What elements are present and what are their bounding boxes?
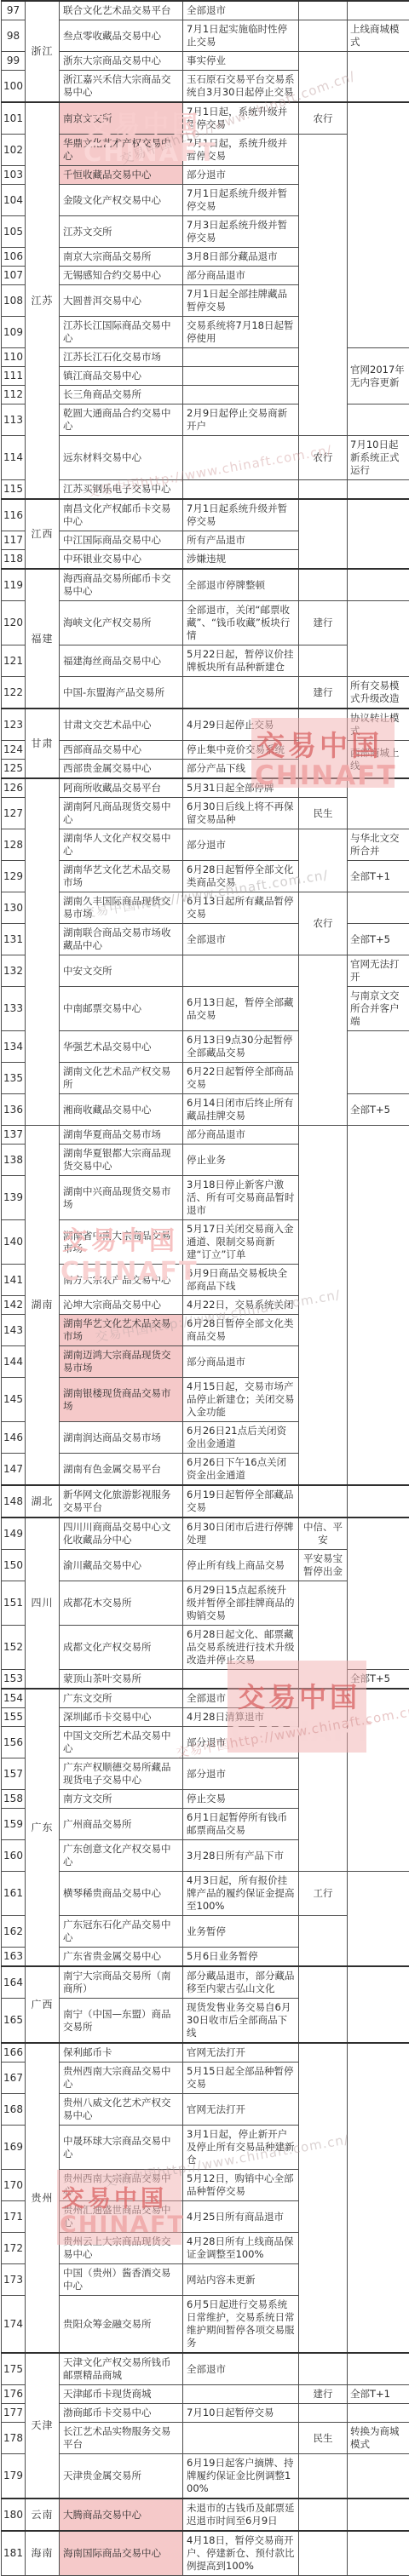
bank-cell: 建行: [299, 2385, 348, 2404]
table-row: 166贵州保利邮币卡官网无法打开: [2, 2043, 409, 2063]
row-number: 111: [2, 367, 26, 386]
status-cell: 现货发售业务交易自6月30日收市后全部商品下线: [183, 1999, 299, 2044]
province-cell: 甘肃: [26, 709, 60, 778]
exchange-name-cell: 湖南省中南大宗商品交易市场: [60, 1220, 183, 1265]
status-cell: 部分藏品退市，部分藏品移至内蒙古弘山文化: [183, 1966, 299, 1999]
exchange-name-cell: 中南邮票交易中心: [60, 987, 183, 1031]
row-number: 164: [2, 1966, 26, 1999]
table-row: 97浙江联合文化艺术品交易平台全部退市: [2, 1, 409, 20]
bank-cell: [299, 1966, 348, 2043]
status-cell: 6月14日闭市后终止所有藏品挂牌交易: [183, 1094, 299, 1126]
row-number: 104: [2, 185, 26, 216]
table-row: 98叁点零收藏品交易中心7月1日起实施临时性停止交易上线商城模式: [2, 20, 409, 52]
table-row: 128湖南华人文化产权交易中心部分退市与华北文交所合并: [2, 829, 409, 861]
exchange-name-cell: 成都文化产权交易所: [60, 1626, 183, 1670]
status-cell: 3月1日起，停止新开户及停止所有交易品种建新仓: [183, 2126, 299, 2170]
row-number: 176: [2, 2385, 26, 2404]
row-number: 106: [2, 248, 26, 267]
bank-cell: 平安易宝暂停出金: [299, 1550, 348, 1581]
table-row: 161横琴稀贵商品交易中心4月3日起，所有报价挂牌产品的履约保证金提高至100%…: [2, 1872, 409, 1916]
bank-cell: [299, 2353, 348, 2385]
exchange-name-cell: 南昌文化产权邮币卡交易中心: [60, 499, 183, 531]
row-number: 154: [2, 1689, 26, 1708]
bank-cell: [299, 480, 348, 500]
status-cell: 5月22日起，暂停议价挂牌板块所有品种新建仓: [183, 645, 299, 677]
status-cell: 4月18日，暂停交易商开户、停建新仓、预付款比例提高到100%: [183, 2531, 299, 2576]
exchange-name-cell: 浙江嘉兴禾信大宗商品交易中心: [60, 71, 183, 103]
row-number: 130: [2, 892, 26, 924]
exchange-name-cell: 海南国际商品交易中心: [60, 2531, 183, 2576]
exchange-name-cell: 镇江商品交易中心: [60, 367, 183, 386]
exchange-name-cell: 福建海丝商品交易中心: [60, 645, 183, 677]
table-row: 116江西南昌文化产权邮币卡交易中心7月1日起系统升级并暂停交易: [2, 499, 409, 531]
exchange-name-cell: 联合文化艺术品交易平台: [60, 1, 183, 20]
status-cell: 4月15日起，交易市场产品停止新建仓；关闭交易入金功能: [183, 1378, 299, 1422]
exchange-name-cell: 贵阳众筹金融交易所: [60, 2296, 183, 2354]
exchange-name-cell: 中安文交所: [60, 955, 183, 987]
row-number: 98: [2, 20, 26, 52]
status-cell: 全部退市: [183, 2353, 299, 2385]
note-cell: [348, 102, 409, 348]
row-number: 120: [2, 601, 26, 645]
note-cell: [348, 2531, 409, 2576]
exchange-name-cell: 江苏长江石化交易市场: [60, 348, 183, 367]
row-number: 142: [2, 1296, 26, 1315]
bank-cell: [299, 2454, 348, 2499]
table-row: 124西部商品交易中心停止集中竞价交易系统西部商城上线: [2, 741, 409, 760]
exchange-name-cell: 海峡文化产权交易所: [60, 601, 183, 645]
status-cell: 部分退市: [183, 166, 299, 185]
table-row: 164广西南宁大宗商品交易所（南商所）部分藏品退市，部分藏品移至内蒙古弘山文化: [2, 1966, 409, 1999]
status-cell: [183, 2423, 299, 2454]
exchange-name-cell: 贵州八威文化艺术产权交易中心: [60, 2094, 183, 2126]
row-number: 138: [2, 1145, 26, 1176]
exchange-name-cell: 湖南文化艺术品产权交易所: [60, 1063, 183, 1094]
row-number: 168: [2, 2094, 26, 2126]
bank-cell: 中信、平安: [299, 1517, 348, 1550]
exchange-name-cell: 大腾商品交易中心: [60, 2499, 183, 2531]
exchange-name-cell: 长三角商品交易所: [60, 386, 183, 404]
status-cell: [183, 436, 299, 480]
row-number: 109: [2, 317, 26, 348]
row-number: 139: [2, 1176, 26, 1220]
row-number: 101: [2, 102, 26, 135]
table-row: 153蒙顶山茶叶交易所全部T+5: [2, 1670, 409, 1690]
exchange-name-cell: 南宁大宗商品交易所（南商所）: [60, 1966, 183, 1999]
exchange-name-cell: 中环银业交易中心: [60, 550, 183, 570]
row-number: 140: [2, 1220, 26, 1265]
row-number: 127: [2, 798, 26, 829]
row-number: 153: [2, 1670, 26, 1690]
status-cell: 6月13日9点30分起暂停全部藏品交易: [183, 1031, 299, 1063]
exchange-name-cell: 乾圆大通商品合约交易中心: [60, 404, 183, 436]
table-row: 179天津贵金属交易所6月19日起客户摘牌、持牌履约保证金比例调整100%: [2, 2454, 409, 2499]
exchange-name-cell: 湖南银楼现货商品交易市场: [60, 1378, 183, 1422]
row-number: 162: [2, 1916, 26, 1948]
row-number: 170: [2, 2170, 26, 2201]
bank-cell: [299, 645, 348, 677]
note-cell: [348, 778, 409, 829]
exchange-name-cell: 金陵文化产权交易中心: [60, 185, 183, 216]
exchange-name-cell: 贵州云上大宗商品现货交易中心: [60, 2233, 183, 2264]
table-row: 120海峡文化产权交易所全部退市，关闭“邮票收藏”、“钱币收藏”板块行情建行: [2, 601, 409, 645]
row-number: 174: [2, 2296, 26, 2354]
status-cell: 全部退市，关闭“邮票收藏”、“钱币收藏”板块行情: [183, 601, 299, 645]
row-number: 144: [2, 1346, 26, 1378]
status-cell: 涉嫌违规: [183, 550, 299, 570]
row-number: 129: [2, 861, 26, 892]
exchange-name-cell: 湖南迈鸿大宗商品现货交易市场: [60, 1346, 183, 1378]
table-row: 129湖南华艺文化艺术品交易市场6月28日起暂停全部文化类商品交易全部T+1: [2, 861, 409, 892]
status-cell: 4月22日，交易系统关闭: [183, 1296, 299, 1315]
status-cell: 6月13日起，暂停全部藏品交易: [183, 987, 299, 1031]
exchange-name-cell: 广东产权顺德交易所藏品现货电子交易中心: [60, 1758, 183, 1790]
status-cell: 6月28日起暂停全部文化类商品交易: [183, 861, 299, 892]
exchange-name-cell: 新华网文化旅游影视服务交易平台: [60, 1485, 183, 1517]
province-cell: 云南: [26, 2499, 60, 2531]
status-cell: [183, 1670, 299, 1690]
row-number: 158: [2, 1790, 26, 1809]
status-cell: 交易系统将7月18日起暂停使用: [183, 317, 299, 348]
row-number: 147: [2, 1454, 26, 1486]
row-number: 133: [2, 987, 26, 1031]
status-cell: 4月3日起，所有报价挂牌产品的履约保证金提高至100%: [183, 1872, 299, 1916]
exchange-name-cell: 海西商品交易所邮币卡交易中心: [60, 569, 183, 601]
exchange-name-cell: 保利邮币卡: [60, 2043, 183, 2063]
status-cell: 未退市的古钱币及邮票延迟退市时间至6月9日: [183, 2499, 299, 2531]
status-cell: 业务暂停: [183, 1916, 299, 1948]
row-number: 149: [2, 1517, 26, 1550]
note-cell: 全部T+5: [348, 924, 409, 955]
exchange-name-cell: 广州商品交易所: [60, 1809, 183, 1840]
province-cell: 海南: [26, 2531, 60, 2576]
note-cell: [348, 2404, 409, 2423]
bank-cell: 民生: [299, 2423, 348, 2454]
table-row: 101江苏南京文交所7月1日起，系统升级并暂停交易农行: [2, 102, 409, 135]
exchange-name-cell: 湖南中兴商品现货交易市场: [60, 1176, 183, 1220]
row-number: 112: [2, 386, 26, 404]
bank-cell: [299, 2043, 348, 2353]
exchange-name-cell: 天津文化产权交易所钱币邮票精品商城: [60, 2353, 183, 2385]
row-number: 116: [2, 499, 26, 531]
row-number: 181: [2, 2531, 26, 2576]
status-cell: 官网无法打开: [183, 2043, 299, 2063]
bank-cell: [299, 2531, 348, 2576]
note-cell: 西部商城上线: [348, 741, 409, 779]
bank-cell: [299, 20, 348, 52]
row-number: 135: [2, 1063, 26, 1094]
bank-cell: [299, 709, 348, 778]
province-cell: 江苏: [26, 102, 60, 499]
exchange-name-cell: 湖南华夏商品交易市场: [60, 1126, 183, 1145]
status-cell: 5月15日起全部品种暂停交易: [183, 2063, 299, 2094]
exchange-name-cell: 天津邮币卡现货商城: [60, 2385, 183, 2404]
status-cell: 7月10日起暂停交易: [183, 2404, 299, 2423]
note-cell: [348, 2043, 409, 2353]
status-cell: 7月1日起系统升级并暂停交易: [183, 185, 299, 216]
status-cell: [183, 367, 299, 386]
exchange-table-body: 97浙江联合文化艺术品交易平台全部退市98叁点零收藏品交易中心7月1日起实施临时…: [2, 1, 409, 2576]
bank-cell: [299, 1689, 348, 1872]
status-cell: [183, 348, 299, 367]
status-cell: 6月22日起暂停全部商品交易: [183, 1063, 299, 1094]
status-cell: 6月26日21点后关闭资金出金通道: [183, 1422, 299, 1454]
exchange-name-cell: 湖南久丰国际商品现货交易市场: [60, 892, 183, 924]
exchange-name-cell: 沁坤大宗商品交易中心: [60, 1296, 183, 1315]
exchange-name-cell: 广东创意文化产权交易中心: [60, 1840, 183, 1872]
row-number: 180: [2, 2499, 26, 2531]
exchange-name-cell: 华强艺术品交易中心: [60, 1031, 183, 1063]
note-cell: 协议转让模式: [348, 709, 409, 741]
province-cell: 四川: [26, 1517, 60, 1689]
status-cell: 6月29日15点起系统升级并暂停全部挂牌商品的购销交易: [183, 1581, 299, 1626]
row-number: 179: [2, 2454, 26, 2499]
status-cell: 6月19日起客户摘牌、持牌履约保证金比例调整100%: [183, 2454, 299, 2499]
row-number: 178: [2, 2423, 26, 2454]
status-cell: 事实停业: [183, 52, 299, 71]
bank-cell: 工行: [299, 1872, 348, 1916]
row-number: 167: [2, 2063, 26, 2094]
bank-cell: 农行: [299, 102, 348, 135]
bank-cell: [299, 829, 348, 892]
bank-cell: [299, 955, 348, 1126]
status-cell: 6月28日起文化、邮票藏品交易系统进行技术升级改造并停止交易: [183, 1626, 299, 1670]
status-cell: 3月28日所有产品下市: [183, 1840, 299, 1872]
exchange-name-cell: 华鼎文化艺术产权交易中心: [60, 135, 183, 166]
exchange-name-cell: 广东冠东石化产品交易中心: [60, 1916, 183, 1948]
note-cell: [348, 1485, 409, 1517]
status-cell: 2月9日起停止交易商新开户: [183, 404, 299, 436]
exchange-name-cell: 千恒收藏品交易中心: [60, 166, 183, 185]
status-cell: 6月1日起暂停所有钱币邮票商品交易: [183, 1809, 299, 1840]
exchange-name-cell: 南宁（中国—东盟）商品交易所: [60, 1999, 183, 2044]
bank-cell: [299, 569, 348, 601]
status-cell: 4月29日起停止交易: [183, 709, 299, 741]
bank-cell: [299, 52, 348, 103]
table-row: 130湖南久丰国际商品现货交易市场6月13日起所有藏品暂停交易农行: [2, 892, 409, 924]
province-cell: 湖南: [26, 1126, 60, 1486]
province-cell: 浙江: [26, 1, 60, 102]
status-cell: 部分退市: [183, 1727, 299, 1758]
row-number: 99: [2, 52, 26, 71]
exchange-name-cell: 中国-东盟海产品交易所: [60, 677, 183, 709]
row-number: 125: [2, 760, 26, 779]
exchange-name-cell: 湖南有色金属交易平台: [60, 1454, 183, 1486]
row-number: 137: [2, 1126, 26, 1145]
row-number: 166: [2, 2043, 26, 2063]
status-cell: 玉石原石交易平台交易系统自3月30日起停止交易: [183, 71, 299, 103]
note-cell: [348, 569, 409, 601]
exchange-name-cell: 湖南华艺文化艺术品交易市场: [60, 861, 183, 892]
status-cell: 4月28日清算退市: [183, 1708, 299, 1727]
note-cell: [348, 1126, 409, 1486]
exchange-name-cell: 贵州西南大宗商品交易中心: [60, 2170, 183, 2201]
status-cell: 4月28日所有上线商品保证金调整至100%: [183, 2233, 299, 2264]
table-row: 126阿商所收藏品交易平台5月31日起全部停牌: [2, 778, 409, 798]
table-row: 177渤商邮币卡交易中心7月10日起暂停交易: [2, 2404, 409, 2423]
bank-cell: [299, 1581, 348, 1690]
status-cell: 停止集中竞价交易系统: [183, 741, 299, 760]
bank-cell: [299, 1916, 348, 1967]
status-cell: 3月8日部分藏品退市: [183, 248, 299, 267]
note-cell: [348, 1031, 409, 1094]
status-cell: 3月18日停止新客户激活、所有可交易商品暂时退市: [183, 1176, 299, 1220]
exchange-name-cell: 四川川商商品交易中心文化收藏品分中心: [60, 1517, 183, 1550]
row-number: 115: [2, 480, 26, 500]
row-number: 177: [2, 2404, 26, 2423]
row-number: 131: [2, 924, 26, 955]
table-row: 149四川四川川商商品交易中心文化收藏品分中心6月30日闭市后进行停牌处理中信、…: [2, 1517, 409, 1550]
exchange-name-cell: 深圳邮币卡交易中心: [60, 1708, 183, 1727]
exchange-name-cell: 贵州西南大宗商品交易中心: [60, 2063, 183, 2094]
exchange-name-cell: 湖南联合商品交易市场收藏品中心: [60, 924, 183, 955]
note-cell: [348, 499, 409, 569]
note-cell: [348, 480, 409, 500]
row-number: 124: [2, 741, 26, 760]
row-number: 122: [2, 677, 26, 709]
exchange-name-cell: 湘商收藏品交易中心: [60, 1094, 183, 1126]
table-row: 119福建海西商品交易所邮币卡交易中心全部退市停牌整顿: [2, 569, 409, 601]
row-number: 160: [2, 1840, 26, 1872]
status-cell: 所有产品退市: [183, 531, 299, 550]
row-number: 141: [2, 1265, 26, 1296]
exchange-name-cell: 中国（贵州）酱香酒交易中心: [60, 2264, 183, 2296]
note-cell: 全部T+1: [348, 861, 409, 892]
exchange-name-cell: 中国文交所艺术品交易中心: [60, 1727, 183, 1758]
note-cell: [348, 1, 409, 20]
bank-cell: [299, 499, 348, 569]
exchange-name-cell: 广东文交所: [60, 1689, 183, 1708]
exchange-name-cell: 江苏长江国际商品交易中心: [60, 317, 183, 348]
bank-cell: [299, 2499, 348, 2531]
status-cell: [183, 2385, 299, 2404]
row-number: 175: [2, 2353, 26, 2385]
status-cell: 部分商品退市: [183, 1126, 299, 1145]
exchange-name-cell: 蒙顶山茶叶交易所: [60, 1670, 183, 1690]
exchange-name-cell: 浙东大宗商品交易中心: [60, 52, 183, 71]
status-cell: 官网无法打开: [183, 2094, 299, 2126]
table-row: 175天津天津文化产权交易所钱币邮票精品商城全部退市: [2, 2353, 409, 2385]
bank-cell: 建行: [299, 601, 348, 645]
table-row: 113乾圆大通商品合约交易中心2月9日起停止交易商新开户: [2, 404, 409, 436]
note-cell: 7月10日起新系统正式运行: [348, 436, 409, 480]
row-number: 136: [2, 1094, 26, 1126]
status-cell: [183, 955, 299, 987]
exchange-table: 97浙江联合文化艺术品交易平台全部退市98叁点零收藏品交易中心7月1日起实施临时…: [1, 0, 409, 2576]
province-cell: 广东: [26, 1689, 60, 1966]
row-number: 165: [2, 1999, 26, 2044]
row-number: 103: [2, 166, 26, 185]
note-cell: 转换为商城模式: [348, 2423, 409, 2454]
status-cell: 7月1日起全部挂牌藏品暂停交易: [183, 285, 299, 317]
table-row: 180云南大腾商品交易中心未退市的古钱币及邮票延迟退市时间至6月9日: [2, 2499, 409, 2531]
exchange-name-cell: 西部商品交易中心: [60, 741, 183, 760]
row-number: 97: [2, 1, 26, 20]
exchange-name-cell: 天津贵金属交易所: [60, 2454, 183, 2499]
status-cell: 停止交易: [183, 1790, 299, 1809]
note-cell: [348, 1689, 409, 1872]
province-cell: 福建: [26, 569, 60, 709]
status-cell: [183, 480, 299, 500]
exchange-name-cell: 甘肃文交艺术品中心: [60, 709, 183, 741]
row-number: 173: [2, 2264, 26, 2296]
row-number: 105: [2, 216, 26, 248]
row-number: 159: [2, 1809, 26, 1840]
row-number: 100: [2, 71, 26, 103]
row-number: 148: [2, 1485, 26, 1517]
row-number: 128: [2, 829, 26, 861]
exchange-name-cell: 西部贵金属交易中心: [60, 760, 183, 779]
table-row: 154广东广东文交所全部退市: [2, 1689, 409, 1708]
row-number: 113: [2, 404, 26, 436]
status-cell: 5月17日关闭交易商入金通道、限制交易商新建“订立”订单: [183, 1220, 299, 1265]
row-number: 161: [2, 1872, 26, 1916]
bank-cell: 农行: [299, 436, 348, 480]
status-cell: 7月3日起系统升级并暂停交易: [183, 216, 299, 248]
status-cell: 部分产品下线: [183, 760, 299, 779]
table-row: 148湖北新华网文化旅游影视服务交易平台6月19日起暂停全部藏品交易: [2, 1485, 409, 1517]
status-cell: 6月5日起进行交易系统日常维护，交易系统日常维护期间暂停各项交易服务: [183, 2296, 299, 2354]
exchange-name-cell: 南方文交所: [60, 1790, 183, 1809]
row-number: 157: [2, 1758, 26, 1790]
exchange-name-cell: 南京文交所: [60, 102, 183, 135]
row-number: 126: [2, 778, 26, 798]
status-cell: 全部退市: [183, 1, 299, 20]
row-number: 146: [2, 1422, 26, 1454]
row-number: 171: [2, 2201, 26, 2233]
status-cell: 部分退市: [183, 1758, 299, 1790]
status-cell: 6月30日后线上将不再保留交易品种: [183, 798, 299, 829]
row-number: 169: [2, 2126, 26, 2170]
table-row: 123甘肃甘肃文交艺术品中心4月29日起停止交易协议转让模式: [2, 709, 409, 741]
note-cell: 与南京文交所合并客户端: [348, 987, 409, 1031]
row-number: 119: [2, 569, 26, 601]
exchange-name-cell: 阿商所收藏品交易平台: [60, 778, 183, 798]
row-number: 110: [2, 348, 26, 367]
status-cell: 6月28日暂停全部文化类商品交易: [183, 1315, 299, 1346]
exchange-name-cell: 横琴稀贵商品交易中心: [60, 1872, 183, 1916]
row-number: 107: [2, 267, 26, 285]
row-number: 155: [2, 1708, 26, 1727]
status-cell: 7月1日起系统升级并暂停交易: [183, 499, 299, 531]
note-cell: 全部T+1: [348, 2385, 409, 2404]
status-cell: 6月19日起暂停全部藏品交易: [183, 1485, 299, 1517]
row-number: 108: [2, 285, 26, 317]
status-cell: 全部退市: [183, 1689, 299, 1708]
status-cell: [183, 677, 299, 709]
row-number: 102: [2, 135, 26, 166]
table-row: 122中国-东盟海产品交易所建行所有交易模式升级改造: [2, 677, 409, 709]
exchange-name-cell: 大圆普洱交易中心: [60, 285, 183, 317]
note-cell: 与华北文交所合并: [348, 829, 409, 861]
exchange-name-cell: 江苏文交所: [60, 216, 183, 248]
bank-cell: [299, 1126, 348, 1486]
status-cell: 部分商品退市: [183, 1346, 299, 1378]
province-cell: [26, 778, 60, 1126]
exchange-name-cell: 无锡感知合约交易中心: [60, 267, 183, 285]
exchange-name-cell: 叁点零收藏品交易中心: [60, 20, 183, 52]
note-cell: 全部T+5: [348, 1094, 409, 1126]
province-cell: 湖北: [26, 1485, 60, 1517]
row-number: 114: [2, 436, 26, 480]
table-row: 181海南海南国际商品交易中心4月18日，暂停交易商开户、停建新仓、预付款比例提…: [2, 2531, 409, 2576]
exchange-name-cell: 南京大宗商品交易所: [60, 248, 183, 267]
exchange-name-cell: 中晟环球大宗商品交易中心: [60, 2126, 183, 2170]
status-cell: 停止所有线上商品交易: [183, 1550, 299, 1581]
province-cell: 江西: [26, 499, 60, 569]
status-cell: [183, 386, 299, 404]
province-cell: 广西: [26, 1966, 60, 2043]
